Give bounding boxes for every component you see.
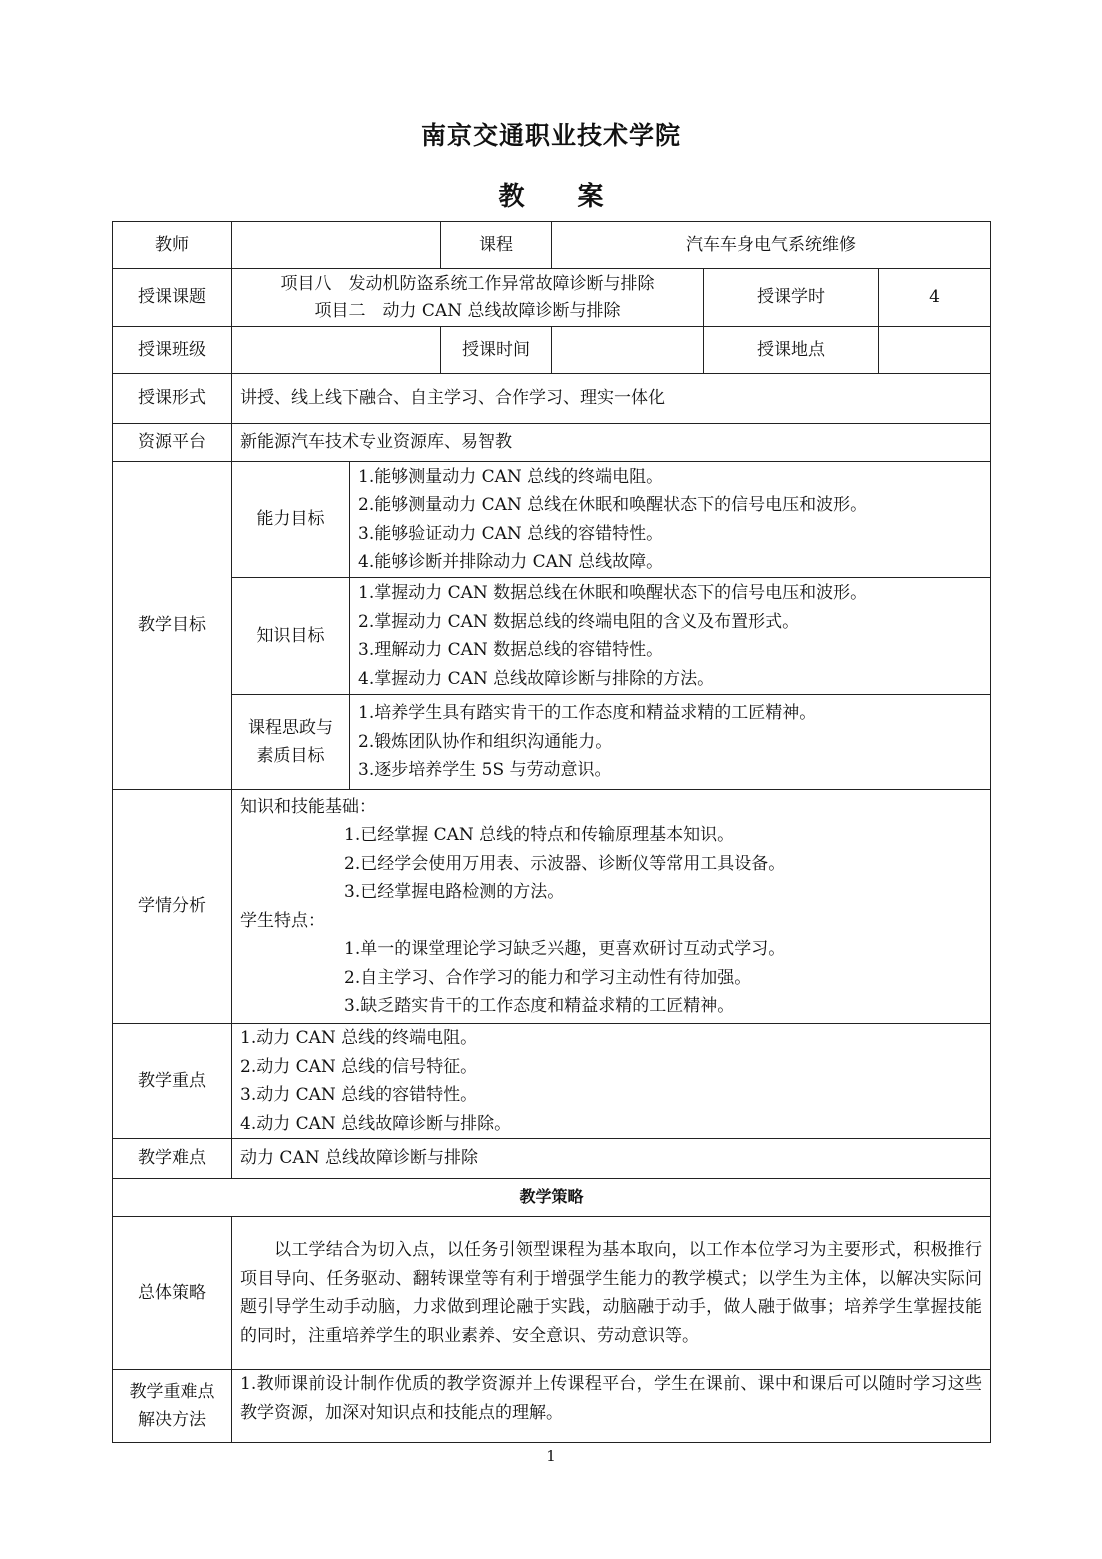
ability-item: 3.能够验证动力 CAN 总线的容错特性。 bbox=[358, 520, 982, 549]
lesson-plan-table: 教师 课程 汽车车身电气系统维修 授课课题 项目八 发动机防盗系统工作异常故障诊… bbox=[112, 221, 991, 1443]
hours-value: 4 bbox=[879, 269, 991, 327]
trait-item: 1.单一的课堂理论学习缺乏兴趣，更喜欢研讨互动式学习。 bbox=[240, 935, 982, 964]
row-class-time-place: 授课班级 授课时间 授课地点 bbox=[113, 327, 991, 374]
key-point-item: 3.动力 CAN 总线的容错特性。 bbox=[240, 1081, 982, 1110]
knowledge-item: 4.掌握动力 CAN 总线故障诊断与排除的方法。 bbox=[358, 665, 982, 694]
row-knowledge-objectives: 知识目标 1.掌握动力 CAN 数据总线在休眠和唤醒状态下的信号电压和波形。 2… bbox=[113, 578, 991, 695]
overall-strategy-paragraph: 以工学结合为切入点，以任务引领型课程为基本取向，以工作本位学习为主要形式，积极推… bbox=[240, 1236, 982, 1350]
time-label: 授课时间 bbox=[441, 327, 552, 374]
row-teacher-course: 教师 课程 汽车车身电气系统维修 bbox=[113, 222, 991, 269]
platform-label: 资源平台 bbox=[113, 424, 232, 462]
platform-value: 新能源汽车技术专业资源库、易智教 bbox=[232, 424, 991, 462]
teacher-value bbox=[232, 222, 441, 269]
difficulty-value: 动力 CAN 总线故障诊断与排除 bbox=[232, 1139, 991, 1179]
analysis-content: 知识和技能基础： 1.已经掌握 CAN 总线的特点和传输原理基本知识。 2.已经… bbox=[232, 790, 991, 1024]
ability-item: 1.能够测量动力 CAN 总线的终端电阻。 bbox=[358, 463, 982, 492]
teacher-label: 教师 bbox=[113, 222, 232, 269]
overall-strategy-text: 以工学结合为切入点，以任务引领型课程为基本取向，以工作本位学习为主要形式，积极推… bbox=[232, 1217, 991, 1370]
page-number: 1 bbox=[0, 1447, 1102, 1465]
course-label: 课程 bbox=[441, 222, 552, 269]
analysis-label: 学情分析 bbox=[113, 790, 232, 1024]
class-value bbox=[232, 327, 441, 374]
foundation-item: 1.已经掌握 CAN 总线的特点和传输原理基本知识。 bbox=[240, 821, 982, 850]
row-ideology-objectives: 课程思政与 素质目标 1.培养学生具有踏实肯干的工作态度和精益求精的工匠精神。 … bbox=[113, 695, 991, 790]
knowledge-item: 2.掌握动力 CAN 数据总线的终端电阻的含义及布置形式。 bbox=[358, 608, 982, 637]
row-ability-objectives: 教学目标 能力目标 1.能够测量动力 CAN 总线的终端电阻。 2.能够测量动力… bbox=[113, 462, 991, 578]
row-strategy-heading: 教学策略 bbox=[113, 1179, 991, 1217]
ideology-item: 3.逐步培养学生 5S 与劳动意识。 bbox=[358, 756, 982, 785]
topic-value: 项目八 发动机防盗系统工作异常故障诊断与排除 项目二 动力 CAN 总线故障诊断… bbox=[232, 269, 704, 327]
row-overall-strategy: 总体策略 以工学结合为切入点，以任务引领型课程为基本取向，以工作本位学习为主要形… bbox=[113, 1217, 991, 1370]
knowledge-items: 1.掌握动力 CAN 数据总线在休眠和唤醒状态下的信号电压和波形。 2.掌握动力… bbox=[350, 578, 991, 695]
key-points-label: 教学重点 bbox=[113, 1024, 232, 1139]
topic-label: 授课课题 bbox=[113, 269, 232, 327]
strategy-heading: 教学策略 bbox=[113, 1179, 991, 1217]
topic-line-2: 项目二 动力 CAN 总线故障诊断与排除 bbox=[240, 298, 695, 325]
trait-item: 2.自主学习、合作学习的能力和学习主动性有待加强。 bbox=[240, 964, 982, 993]
topic-line-1: 项目八 发动机防盗系统工作异常故障诊断与排除 bbox=[240, 271, 695, 298]
ability-item: 4.能够诊断并排除动力 CAN 总线故障。 bbox=[358, 548, 982, 577]
row-key-points: 教学重点 1.动力 CAN 总线的终端电阻。 2.动力 CAN 总线的信号特征。… bbox=[113, 1024, 991, 1139]
row-method: 教学重难点 解决方法 1.教师课前设计制作优质的教学资源并上传课程平台，学生在课… bbox=[113, 1370, 991, 1443]
key-point-item: 1.动力 CAN 总线的终端电阻。 bbox=[240, 1024, 982, 1053]
ability-label: 能力目标 bbox=[232, 462, 350, 578]
ideology-label-line: 素质目标 bbox=[240, 742, 341, 771]
document-type-title: 教 案 bbox=[0, 176, 1102, 213]
trait-item: 3.缺乏踏实肯干的工作态度和精益求精的工匠精神。 bbox=[240, 992, 982, 1021]
difficulty-label: 教学难点 bbox=[113, 1139, 232, 1179]
ideology-label: 课程思政与 素质目标 bbox=[232, 695, 350, 790]
course-value: 汽车车身电气系统维修 bbox=[552, 222, 991, 269]
row-teaching-form: 授课形式 讲授、线上线下融合、自主学习、合作学习、理实一体化 bbox=[113, 374, 991, 424]
row-resource-platform: 资源平台 新能源汽车技术专业资源库、易智教 bbox=[113, 424, 991, 462]
overall-strategy-label: 总体策略 bbox=[113, 1217, 232, 1370]
key-point-item: 4.动力 CAN 总线故障诊断与排除。 bbox=[240, 1110, 982, 1139]
method-label-line: 解决方法 bbox=[121, 1406, 223, 1435]
method-label-line: 教学重难点 bbox=[121, 1378, 223, 1407]
ideology-item: 1.培养学生具有踏实肯干的工作态度和精益求精的工匠精神。 bbox=[358, 699, 982, 728]
ideology-label-line: 课程思政与 bbox=[240, 714, 341, 743]
school-name: 南京交通职业技术学院 bbox=[0, 116, 1102, 152]
ability-item: 2.能够测量动力 CAN 总线在休眠和唤醒状态下的信号电压和波形。 bbox=[358, 491, 982, 520]
ideology-items: 1.培养学生具有踏实肯干的工作态度和精益求精的工匠精神。 2.锻炼团队协作和组织… bbox=[350, 695, 991, 790]
ideology-item: 2.锻炼团队协作和组织沟通能力。 bbox=[358, 728, 982, 757]
objectives-label: 教学目标 bbox=[113, 462, 232, 790]
foundation-item: 3.已经掌握电路检测的方法。 bbox=[240, 878, 982, 907]
knowledge-label: 知识目标 bbox=[232, 578, 350, 695]
knowledge-item: 3.理解动力 CAN 数据总线的容错特性。 bbox=[358, 636, 982, 665]
foundation-title: 知识和技能基础： bbox=[240, 793, 982, 822]
key-point-item: 2.动力 CAN 总线的信号特征。 bbox=[240, 1053, 982, 1082]
ability-items: 1.能够测量动力 CAN 总线的终端电阻。 2.能够测量动力 CAN 总线在休眠… bbox=[350, 462, 991, 578]
knowledge-item: 1.掌握动力 CAN 数据总线在休眠和唤醒状态下的信号电压和波形。 bbox=[358, 579, 982, 608]
hours-label: 授课学时 bbox=[704, 269, 879, 327]
method-label: 教学重难点 解决方法 bbox=[113, 1370, 232, 1443]
row-student-analysis: 学情分析 知识和技能基础： 1.已经掌握 CAN 总线的特点和传输原理基本知识。… bbox=[113, 790, 991, 1024]
form-label: 授课形式 bbox=[113, 374, 232, 424]
time-value bbox=[552, 327, 704, 374]
foundation-item: 2.已经学会使用万用表、示波器、诊断仪等常用工具设备。 bbox=[240, 850, 982, 879]
traits-title: 学生特点： bbox=[240, 907, 982, 936]
row-topic-hours: 授课课题 项目八 发动机防盗系统工作异常故障诊断与排除 项目二 动力 CAN 总… bbox=[113, 269, 991, 327]
form-value: 讲授、线上线下融合、自主学习、合作学习、理实一体化 bbox=[232, 374, 991, 424]
class-label: 授课班级 bbox=[113, 327, 232, 374]
row-difficulty: 教学难点 动力 CAN 总线故障诊断与排除 bbox=[113, 1139, 991, 1179]
method-text: 1.教师课前设计制作优质的教学资源并上传课程平台，学生在课前、课中和课后可以随时… bbox=[232, 1370, 991, 1443]
key-points-items: 1.动力 CAN 总线的终端电阻。 2.动力 CAN 总线的信号特征。 3.动力… bbox=[232, 1024, 991, 1139]
place-value bbox=[879, 327, 991, 374]
place-label: 授课地点 bbox=[704, 327, 879, 374]
